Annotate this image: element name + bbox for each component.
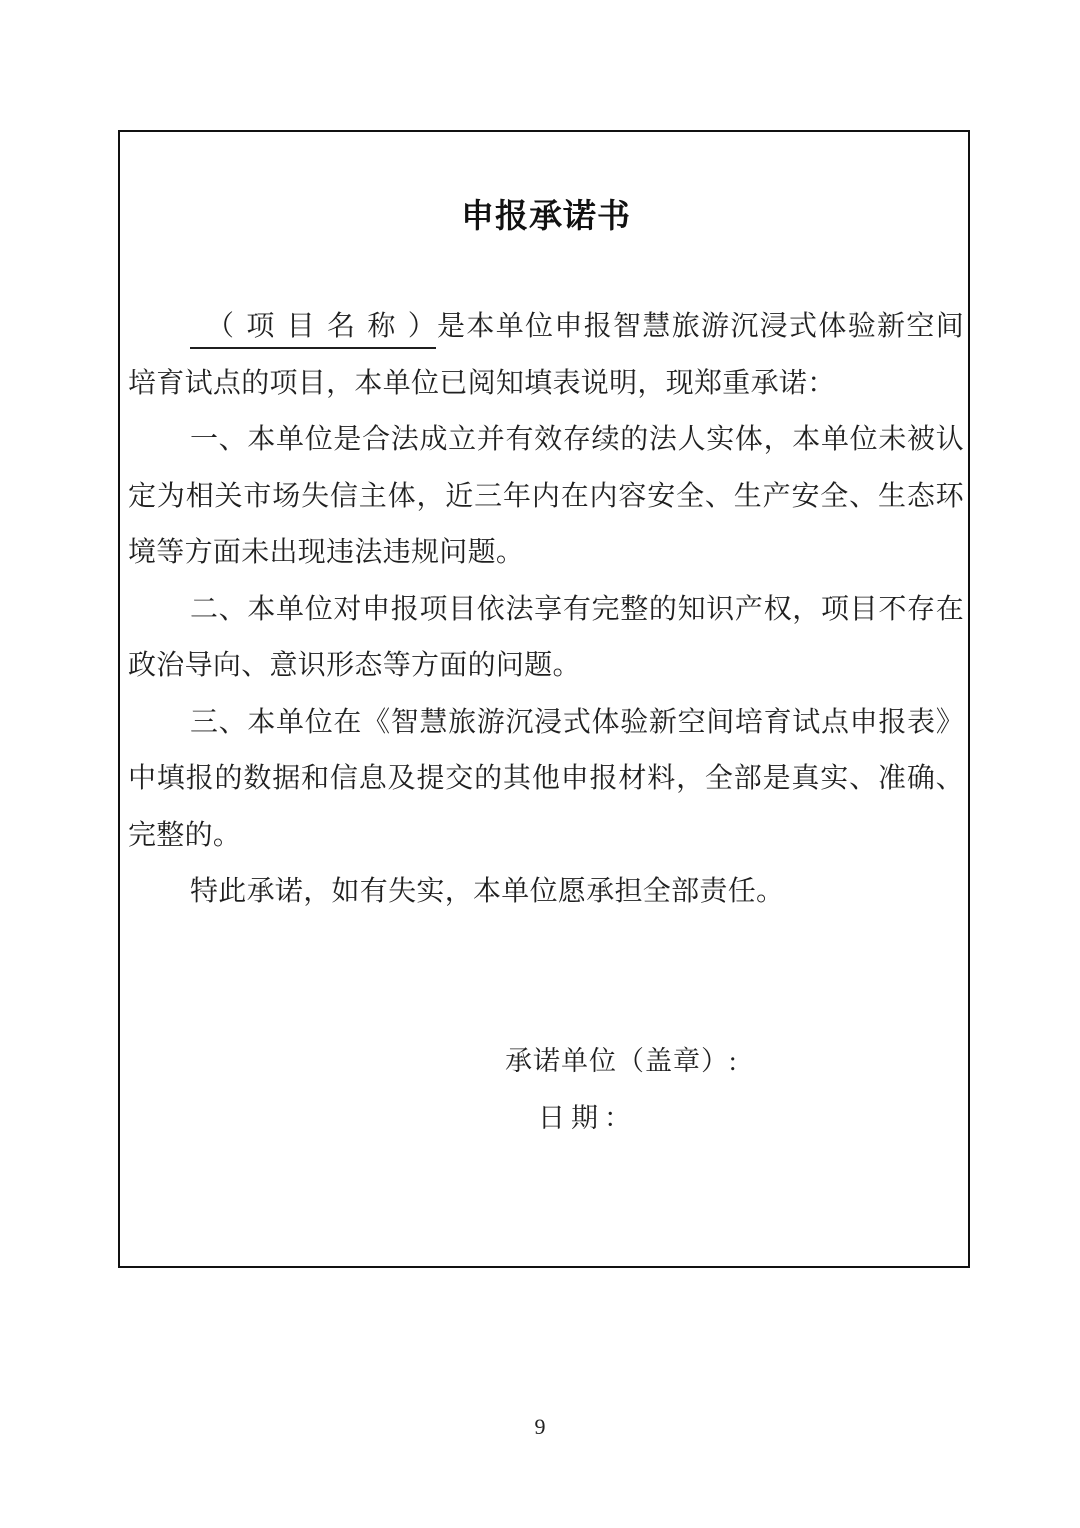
document-page: 申报承诺书 （项目名称）是本单位申报智慧旅游沉浸式体验新空间 培育试点的项目，本… <box>0 0 1080 1528</box>
project-name-label: （项目名称） <box>206 311 436 342</box>
intro-line-1: （项目名称）是本单位申报智慧旅游沉浸式体验新空间 <box>128 299 964 356</box>
project-name-blank-field: （项目名称） <box>190 305 436 349</box>
intro-line-2: 培育试点的项目，本单位已阅知填表说明，现郑重承诺： <box>128 356 964 413</box>
item3-line-2: 中填报的数据和信息及提交的其他申报材料，全部是真实、准确、 <box>128 751 964 808</box>
signature-date-line: 日期： <box>505 1090 738 1147</box>
intro-line-1-text: 是本单位申报智慧旅游沉浸式体验新空间 <box>436 311 964 342</box>
page-number: 9 <box>0 1414 1080 1440</box>
document-title: 申报承诺书 <box>128 196 964 236</box>
letter-body: （项目名称）是本单位申报智慧旅游沉浸式体验新空间 培育试点的项目，本单位已阅知填… <box>128 299 964 921</box>
item1-line-1: 一、本单位是合法成立并有效存续的法人实体，本单位未被认 <box>128 412 964 469</box>
item3-line-1: 三、本单位在《智慧旅游沉浸式体验新空间培育试点申报表》 <box>128 695 964 752</box>
item2-line-2: 政治导向、意识形态等方面的问题。 <box>128 638 964 695</box>
signature-unit-line: 承诺单位（盖章）: <box>505 1033 738 1090</box>
item1-line-2: 定为相关市场失信主体，近三年内在内容安全、生产安全、生态环 <box>128 469 964 526</box>
closing-line: 特此承诺，如有失实，本单位愿承担全部责任。 <box>128 864 964 921</box>
item3-line-3: 完整的。 <box>128 808 964 865</box>
item1-line-3: 境等方面未出现违法违规问题。 <box>128 525 964 582</box>
item2-line-1: 二、本单位对申报项目依法享有完整的知识产权，项目不存在 <box>128 582 964 639</box>
signature-block: 承诺单位（盖章）: 日期： <box>505 1033 738 1146</box>
